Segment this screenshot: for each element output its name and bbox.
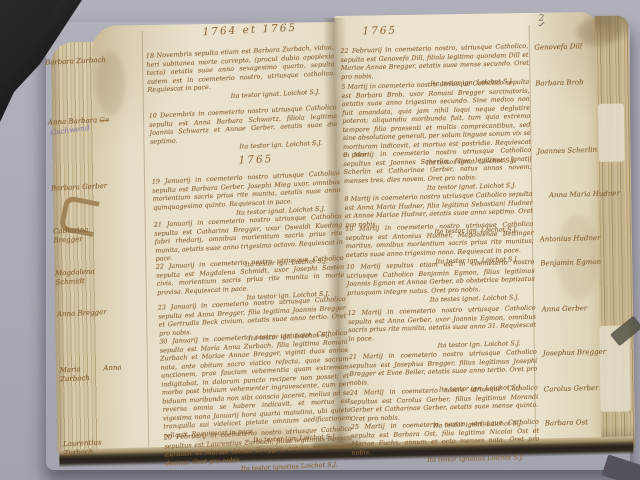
entry-text: 18 Novembris sepulta etiam est Barbara Z… [146, 43, 335, 94]
entry-text: 22 Februarij in coemeterio nostro, utriu… [340, 42, 529, 81]
entry-text: 12 Martij in coemeterio nostro utriusque… [348, 304, 537, 343]
register-entry: Benjamin Egmon 10 Martij sepultus etiam … [346, 258, 535, 307]
entry-text: 10 Martij sepultus etiam est in coemeter… [346, 258, 535, 297]
entry-text: 24 Martij in coemeterio nostro utriusque… [350, 384, 539, 423]
year-heading-1765-left: 1765 [181, 151, 331, 169]
entry-text: 10 Martij in coemeterio nostro utriusque… [345, 220, 534, 259]
right-page-text: 1765 Genovefa Dill 22 Februarij in coeme… [340, 20, 540, 455]
entry-text: 21 Martij in coemeterio nostro utriusque… [349, 348, 538, 387]
register-entry: Anna Barbara Ge Gschwend 10 Decembris in… [149, 103, 339, 155]
entry-text: 30 Januarij in coemeterio nostro utriusq… [159, 329, 351, 439]
entry-margin-name: Maria Anna Zurbach [59, 363, 122, 384]
register-entry: Barbara Zurbach 18 Novembris sepulta eti… [146, 43, 336, 104]
entry-signature: Ita testor ignatius Loichot S.J. [352, 453, 540, 467]
register-book: 2 1764 et 1765 Barbara Zurbach 18 Novemb… [36, 7, 635, 474]
register-entry: Barbara Ost 25 Martij in coemeterio nost… [351, 418, 540, 467]
entry-margin-name: Catharina Bregger [53, 225, 116, 246]
entry-text: 25 Martij in coemeterio nostro utriusque… [351, 418, 540, 457]
photo-background: 2 1764 et 1765 Barbara Zurbach 18 Novemb… [0, 0, 640, 480]
entry-margin-name: Magdalena Schmidt [55, 267, 118, 288]
entry-text: 6 Martij in coemeterio nostro utriusque … [343, 146, 532, 185]
register-entry: Laurentius Zurbach 20 Februarij in coeme… [164, 425, 354, 477]
register-entry: Joannes Scherlin 6 Martij in coemeterio … [343, 146, 532, 195]
register-entry: Anna Gerber 12 Martij in coemeterio nost… [348, 304, 537, 353]
year-heading-1765-right: 1765 [320, 24, 440, 38]
entry-margin-name: Laurentius Zurbach [63, 437, 126, 458]
folio-number: 2 [538, 15, 544, 24]
left-page-text: 1764 et 1765 Barbara Zurbach 18 Novembri… [145, 21, 355, 459]
entry-margin-struck-word: Ge [99, 116, 109, 124]
